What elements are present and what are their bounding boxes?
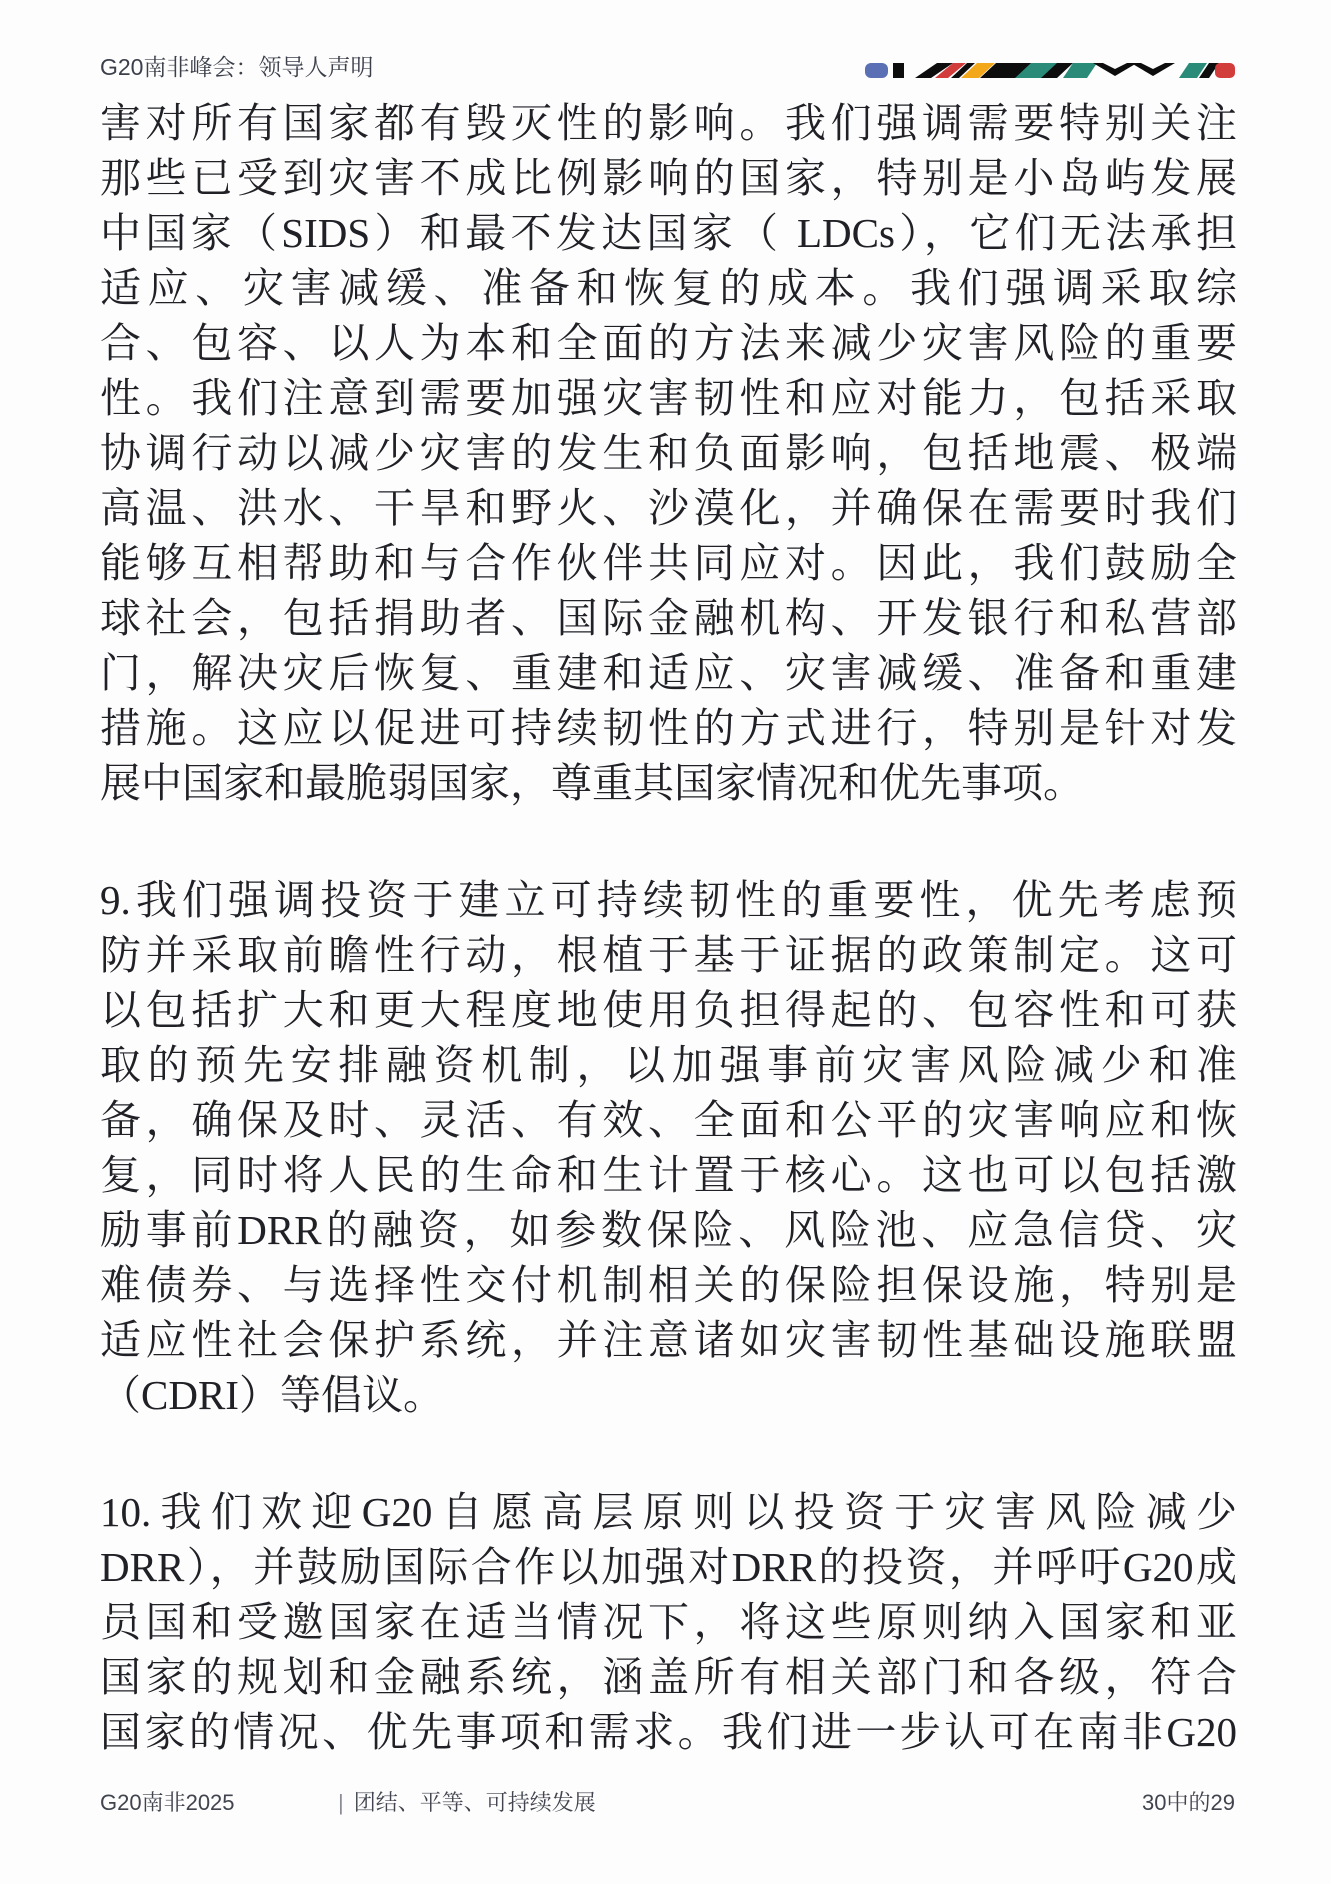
text-line: 取的预先安排融资机制，以加强事前灾害风险减少和准 (100, 1038, 1237, 1093)
text-line: 适应、灾害减缓、准备和恢复的成本。我们强调采取综 (100, 261, 1237, 316)
text-line: 性。我们注意到需要加强灾害韧性和应对能力，包括采取 (100, 371, 1237, 426)
text-line: （CDRI）等倡议。 (100, 1368, 1237, 1423)
g20-logo-strip-icon (865, 58, 1237, 82)
text-line: 中国家（SIDS）和最不发达国家（ LDCs），它们无法承担 (100, 206, 1237, 261)
paragraph: 9.我们强调投资于建立可持续韧性的重要性，优先考虑预防并采取前瞻性行动，根植于基… (100, 873, 1237, 1423)
text-line: 能够互相帮助和与合作伙伴共同应对。因此，我们鼓励全 (100, 536, 1237, 591)
text-line: 展中国家和最脆弱国家，尊重其国家情况和优先事项。 (100, 756, 1237, 811)
page-number: 30中的29 (1142, 1790, 1235, 1816)
text-line: 协调行动以减少灾害的发生和负面影响，包括地震、极端 (100, 426, 1237, 481)
text-line: 员国和受邀国家在适当情况下，将这些原则纳入国家和亚 (100, 1595, 1237, 1650)
footer-event-label: G20南非2025 (100, 1790, 338, 1816)
paragraph: 10.我们欢迎G20自愿高层原则以投资于灾害风险减少DRR），并鼓励国际合作以加… (100, 1485, 1237, 1760)
document-header-title: G20南非峰会：领导人声明 (100, 52, 373, 82)
text-line: 国家的规划和金融系统，涵盖所有相关部门和各级，符合 (100, 1650, 1237, 1705)
document-body: 害对所有国家都有毁灭性的影响。我们强调需要特别关注那些已受到灾害不成比例影响的国… (100, 96, 1237, 1822)
text-line: 那些已受到灾害不成比例影响的国家，特别是小岛屿发展 (100, 151, 1237, 206)
text-line: 防并采取前瞻性行动，根植于基于证据的政策制定。这可 (100, 928, 1237, 983)
page-footer: G20南非2025 | 团结、平等、可持续发展 30中的29 (100, 1790, 1235, 1816)
text-line: 措施。这应以促进可持续韧性的方式进行，特别是针对发 (100, 701, 1237, 756)
text-line: 难债券、与选择性交付机制相关的保险担保设施，特别是 (100, 1258, 1237, 1313)
text-line: 合、包容、以人为本和全面的方法来减少灾害风险的重要 (100, 316, 1237, 371)
text-line: 复，同时将人民的生命和生计置于核心。这也可以包括激 (100, 1148, 1237, 1203)
text-line: 适应性社会保护系统，并注意诸如灾害韧性基础设施联盟 (100, 1313, 1237, 1368)
text-line: DRR），并鼓励国际合作以加强对DRR的投资，并呼吁G20成 (100, 1540, 1237, 1595)
text-line: 球社会，包括捐助者、国际金融机构、开发银行和私营部 (100, 591, 1237, 646)
text-line: 9.我们强调投资于建立可持续韧性的重要性，优先考虑预 (100, 873, 1237, 928)
paragraph: 害对所有国家都有毁灭性的影响。我们强调需要特别关注那些已受到灾害不成比例影响的国… (100, 96, 1237, 811)
text-line: 高温、洪水、干旱和野火、沙漠化，并确保在需要时我们 (100, 481, 1237, 536)
text-line: 10.我们欢迎G20自愿高层原则以投资于灾害风险减少 (100, 1485, 1237, 1540)
text-line: 害对所有国家都有毁灭性的影响。我们强调需要特别关注 (100, 96, 1237, 151)
text-line: 备，确保及时、灵活、有效、全面和公平的灾害响应和恢 (100, 1093, 1237, 1148)
footer-motto: | 团结、平等、可持续发展 (338, 1790, 1142, 1816)
footer-separator: | (338, 1790, 344, 1816)
text-line: 励事前DRR的融资，如参数保险、风险池、应急信贷、灾 (100, 1203, 1237, 1258)
text-line: 国家的情况、优先事项和需求。我们进一步认可在南非G20 (100, 1705, 1237, 1760)
document-page: G20南非峰会：领导人声明 害对所有国家都有毁灭性的影响。我们强调需要特别关注那… (0, 0, 1331, 1884)
footer-motto-text: 团结、平等、可持续发展 (354, 1790, 596, 1816)
text-line: 以包括扩大和更大程度地使用负担得起的、包容性和可获 (100, 983, 1237, 1038)
text-line: 门，解决灾后恢复、重建和适应、灾害减缓、准备和重建 (100, 646, 1237, 701)
page-header: G20南非峰会：领导人声明 (100, 52, 1237, 82)
